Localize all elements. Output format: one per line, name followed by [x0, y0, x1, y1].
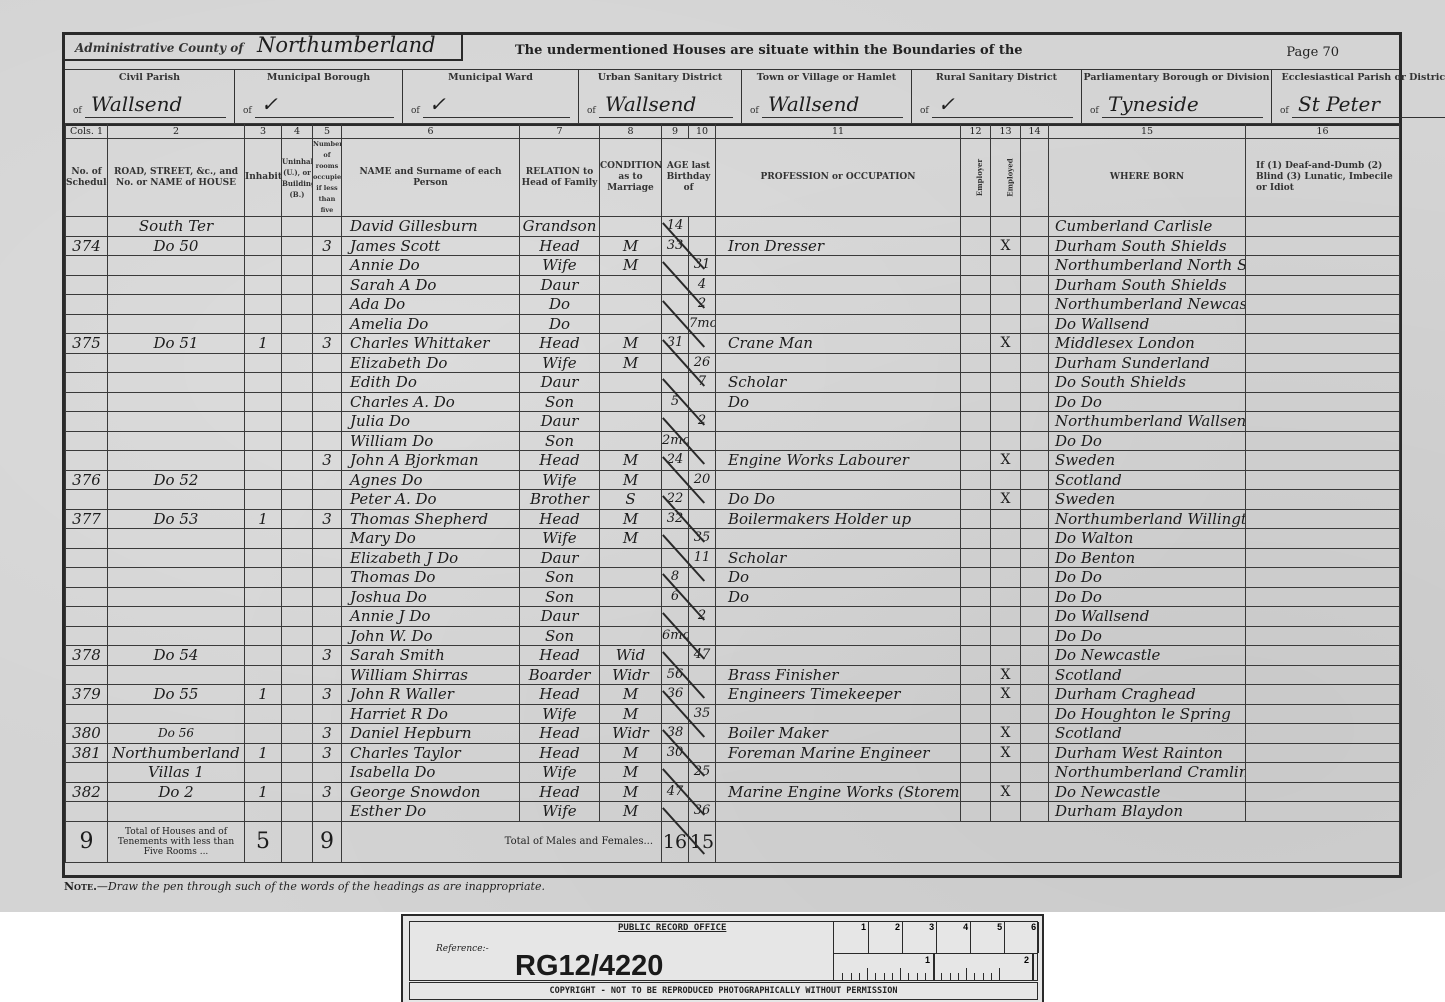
infirmity [1246, 607, 1400, 627]
person-name: Thomas Shepherd [342, 509, 520, 529]
employed-mark [991, 314, 1021, 334]
census-row: 3John A BjorkmanHeadM24Engine Works Labo… [66, 451, 1400, 471]
schedule-number: 376 [66, 470, 108, 490]
neither-mark [1021, 626, 1049, 646]
marital-condition [600, 295, 662, 315]
occupation [716, 295, 961, 315]
infirmity [1246, 353, 1400, 373]
rooms-count [313, 392, 342, 412]
occupation [716, 607, 961, 627]
employer-mark [961, 470, 991, 490]
census-row: Annie DoWifeM31Northumberland North Shie… [66, 256, 1400, 276]
heading-employer: Employer [961, 139, 991, 217]
census-row: Julia DoDaur2Northumberland Wallsend [66, 412, 1400, 432]
neither-mark [1021, 587, 1049, 607]
uninhabited [282, 470, 313, 490]
rooms-count [313, 275, 342, 295]
neither-mark [1021, 782, 1049, 802]
person-name: Annie Do [342, 256, 520, 276]
rooms-count [313, 373, 342, 393]
employer-mark [961, 256, 991, 276]
employed-mark [991, 373, 1021, 393]
age-female: 4 [689, 275, 716, 295]
relation: Wife [520, 256, 600, 276]
district-field: Town or Village or HamletofWallsend [742, 69, 912, 123]
census-table: Cols. 12345678910111213141516 No. of Sch… [65, 123, 1400, 863]
house-address [108, 373, 245, 393]
rooms-count [313, 548, 342, 568]
employer-mark [961, 548, 991, 568]
marital-condition: M [600, 743, 662, 763]
house-address: Do 52 [108, 470, 245, 490]
employer-mark [961, 587, 991, 607]
employed-mark: X [991, 334, 1021, 354]
ruler-tick [842, 973, 843, 980]
occupation: Engineers Timekeeper [716, 685, 961, 705]
schedule-number [66, 314, 108, 334]
person-name: Esther Do [342, 802, 520, 822]
rooms-count: 3 [313, 724, 342, 744]
schedule-number [66, 607, 108, 627]
employer-mark [961, 743, 991, 763]
inhabited-count [245, 665, 282, 685]
uninhabited [282, 373, 313, 393]
inhabited-count: 1 [245, 743, 282, 763]
occupation [716, 802, 961, 822]
infirmity [1246, 782, 1400, 802]
total-houses-label: Total of Houses and of Tenements with le… [108, 821, 245, 862]
person-name: Joshua Do [342, 587, 520, 607]
inhabited-count [245, 236, 282, 256]
house-address: Do 55 [108, 685, 245, 705]
marital-condition [600, 412, 662, 432]
employer-mark [961, 490, 991, 510]
neither-mark [1021, 451, 1049, 471]
page-number: Page 70 [1286, 45, 1339, 60]
schedule-number: 381 [66, 743, 108, 763]
infirmity [1246, 334, 1400, 354]
column-number: 2 [108, 124, 245, 139]
uninhabited [282, 802, 313, 822]
marital-condition [600, 314, 662, 334]
occupation: Iron Dresser [716, 236, 961, 256]
occupation [716, 275, 961, 295]
birthplace: Scotland [1049, 665, 1246, 685]
total-inhabited: 5 [245, 821, 282, 862]
rooms-count [313, 802, 342, 822]
census-row: Joshua DoSon6DoDo Do [66, 587, 1400, 607]
uninhabited [282, 704, 313, 724]
inhabited-count [245, 217, 282, 237]
inhabited-count [245, 802, 282, 822]
rooms-count [313, 217, 342, 237]
house-address [108, 392, 245, 412]
person-name: Amelia Do [342, 314, 520, 334]
marital-condition: M [600, 256, 662, 276]
birthplace: Do Do [1049, 587, 1246, 607]
marital-condition: M [600, 470, 662, 490]
birthplace: Scotland [1049, 724, 1246, 744]
occupation: Boiler Maker [716, 724, 961, 744]
house-address [108, 626, 245, 646]
census-row: Villas 1Isabella DoWifeM25Northumberland… [66, 763, 1400, 783]
rooms-count [313, 607, 342, 627]
uninhabited [282, 568, 313, 588]
district-label: Municipal Borough [235, 72, 402, 83]
person-name: Thomas Do [342, 568, 520, 588]
house-address: Do 2 [108, 782, 245, 802]
ruler-cm-label: 5 [997, 922, 1002, 932]
of-label: of [920, 106, 929, 116]
house-address [108, 314, 245, 334]
occupation: Marine Engine Works (Storeman) [716, 782, 961, 802]
relation: Head [520, 451, 600, 471]
inhabited-count [245, 568, 282, 588]
employed-mark: X [991, 743, 1021, 763]
employed-mark [991, 217, 1021, 237]
ruler-tick [999, 968, 1000, 980]
district-value: Tyneside [1102, 91, 1263, 118]
employer-mark [961, 704, 991, 724]
birthplace: Northumberland North Shields [1049, 256, 1246, 276]
house-address [108, 451, 245, 471]
infirmity [1246, 568, 1400, 588]
house-address [108, 295, 245, 315]
rooms-count [313, 470, 342, 490]
total-uninhabited [282, 821, 313, 862]
inhabited-count [245, 256, 282, 276]
neither-mark [1021, 295, 1049, 315]
employed-mark [991, 470, 1021, 490]
relation: Do [520, 295, 600, 315]
neither-mark [1021, 509, 1049, 529]
ruler-tick [991, 973, 992, 980]
rooms-count [313, 295, 342, 315]
ruler-cm-cell: 3 [902, 922, 937, 953]
neither-mark [1021, 412, 1049, 432]
relation: Do [520, 314, 600, 334]
ruler-cm-label: 6 [1031, 922, 1036, 932]
person-name: Daniel Hepburn [342, 724, 520, 744]
inhabited-count [245, 763, 282, 783]
schedule-number [66, 256, 108, 276]
occupation [716, 431, 961, 451]
ruler-cm-label: 1 [861, 922, 866, 932]
census-row: 376Do 52Agnes DoWifeM20Scotland [66, 470, 1400, 490]
uninhabited [282, 724, 313, 744]
birthplace: Middlesex London [1049, 334, 1246, 354]
employed-mark [991, 763, 1021, 783]
inhabited-count [245, 392, 282, 412]
uninhabited [282, 412, 313, 432]
census-row: Edith DoDaur7ScholarDo South Shields [66, 373, 1400, 393]
district-label: Civil Parish [65, 72, 234, 83]
marital-condition [600, 431, 662, 451]
relation: Head [520, 724, 600, 744]
person-name: Harriet R Do [342, 704, 520, 724]
schedule-number [66, 353, 108, 373]
heading-where-born: WHERE BORN [1049, 139, 1246, 217]
infirmity [1246, 256, 1400, 276]
schedule-number [66, 568, 108, 588]
relation: Son [520, 626, 600, 646]
ruler-tick [908, 973, 909, 980]
age-female [689, 587, 716, 607]
house-address: Do 51 [108, 334, 245, 354]
census-row: 381Northumberland13Charles TaylorHeadM30… [66, 743, 1400, 763]
census-row: Mary DoWifeM35Do Walton [66, 529, 1400, 549]
column-heading-row: No. of Schedule ROAD, STREET, &c., and N… [66, 139, 1400, 217]
infirmity [1246, 743, 1400, 763]
birthplace: Northumberland Cramlington [1049, 763, 1246, 783]
infirmity [1246, 665, 1400, 685]
infirmity [1246, 724, 1400, 744]
relation: Boarder [520, 665, 600, 685]
uninhabited [282, 295, 313, 315]
rooms-count [313, 587, 342, 607]
copyright-notice: COPYRIGHT - NOT TO BE REPRODUCED PHOTOGR… [409, 982, 1038, 1000]
census-row: 379Do 5513John R WallerHeadM36Engineers … [66, 685, 1400, 705]
census-row: Esther DoWifeM36Durham Blaydon [66, 802, 1400, 822]
inhabited-count [245, 412, 282, 432]
ruler-tick [900, 968, 901, 980]
uninhabited [282, 353, 313, 373]
infirmity [1246, 217, 1400, 237]
ruler-tick [867, 968, 868, 980]
employer-mark [961, 763, 991, 783]
rooms-count [313, 568, 342, 588]
birthplace: Durham West Rainton [1049, 743, 1246, 763]
ruler-tick [875, 973, 876, 980]
census-row: Harriet R DoWifeM35Do Houghton le Spring [66, 704, 1400, 724]
employer-mark [961, 217, 991, 237]
marital-condition: M [600, 529, 662, 549]
schedule-number: 374 [66, 236, 108, 256]
age-female: 20 [689, 470, 716, 490]
column-number: 8 [600, 124, 662, 139]
employer-mark [961, 509, 991, 529]
house-address: Do 53 [108, 509, 245, 529]
column-number: 15 [1049, 124, 1246, 139]
house-address: Do 50 [108, 236, 245, 256]
marital-condition [600, 607, 662, 627]
census-row: John W. DoSon6moDo Do [66, 626, 1400, 646]
schedule-number [66, 802, 108, 822]
column-number: 10 [689, 124, 716, 139]
infirmity [1246, 314, 1400, 334]
relation: Grandson [520, 217, 600, 237]
occupation [716, 412, 961, 432]
inhabited-count [245, 470, 282, 490]
inhabited-count [245, 353, 282, 373]
infirmity [1246, 295, 1400, 315]
schedule-number [66, 295, 108, 315]
census-row: 377Do 5313Thomas ShepherdHeadM32Boilerma… [66, 509, 1400, 529]
marital-condition [600, 626, 662, 646]
infirmity [1246, 626, 1400, 646]
schedule-number: 380 [66, 724, 108, 744]
age-female [689, 392, 716, 412]
age-female [689, 743, 716, 763]
age-female: 26 [689, 353, 716, 373]
census-row: Ada DoDo2Northumberland Newcastle [66, 295, 1400, 315]
uninhabited [282, 217, 313, 237]
person-name: Charles Whittaker [342, 334, 520, 354]
rooms-count [313, 529, 342, 549]
census-row: Thomas DoSon8DoDo Do [66, 568, 1400, 588]
employer-mark [961, 353, 991, 373]
person-name: Peter A. Do [342, 490, 520, 510]
neither-mark [1021, 490, 1049, 510]
ruler-inch-label: 2 [1024, 955, 1029, 965]
age-female: 35 [689, 704, 716, 724]
employer-mark [961, 373, 991, 393]
infirmity [1246, 275, 1400, 295]
ruler-tick [851, 973, 852, 980]
relation: Head [520, 685, 600, 705]
infirmity [1246, 646, 1400, 666]
rooms-count [313, 256, 342, 276]
county-value: Northumberland [257, 33, 436, 57]
inhabited-count [245, 529, 282, 549]
uninhabited [282, 431, 313, 451]
house-address: Do 56 [108, 724, 245, 744]
employed-mark [991, 412, 1021, 432]
person-name: Sarah A Do [342, 275, 520, 295]
schedule-number [66, 392, 108, 412]
employer-mark [961, 626, 991, 646]
schedule-number: 377 [66, 509, 108, 529]
employed-mark [991, 568, 1021, 588]
neither-mark [1021, 392, 1049, 412]
district-value: ✓ [423, 91, 570, 118]
infirmity [1246, 451, 1400, 471]
ruler-tick [884, 973, 885, 980]
relation: Head [520, 782, 600, 802]
heading-employed: Employed [991, 139, 1021, 217]
census-row: 380Do 563Daniel HepburnHeadWidr38Boiler … [66, 724, 1400, 744]
schedule-number: 378 [66, 646, 108, 666]
column-number: 4 [282, 124, 313, 139]
total-rooms: 9 [313, 821, 342, 862]
person-name: Charles Taylor [342, 743, 520, 763]
heading-relation: RELATION to Head of Family [520, 139, 600, 217]
column-number: 9 [662, 124, 689, 139]
district-field: Civil ParishofWallsend [65, 69, 235, 123]
house-address [108, 802, 245, 822]
employed-mark [991, 548, 1021, 568]
rooms-count [313, 490, 342, 510]
of-label: of [243, 106, 252, 116]
heading-infirmity: If (1) Deaf-and-Dumb (2) Blind (3) Lunat… [1246, 139, 1400, 217]
of-label: of [73, 106, 82, 116]
rooms-count: 3 [313, 334, 342, 354]
house-address [108, 529, 245, 549]
inhabited-count [245, 646, 282, 666]
birthplace: Durham Blaydon [1049, 802, 1246, 822]
birthplace: Do Houghton le Spring [1049, 704, 1246, 724]
column-number: Cols. 1 [66, 124, 108, 139]
reference-label: Reference:- [436, 944, 489, 954]
heading-rooms: Number of rooms occupied if less than fi… [313, 139, 342, 217]
employer-mark [961, 412, 991, 432]
birthplace: Scotland [1049, 470, 1246, 490]
marital-condition: S [600, 490, 662, 510]
employer-mark [961, 314, 991, 334]
occupation: Brass Finisher [716, 665, 961, 685]
relation: Wife [520, 353, 600, 373]
infirmity [1246, 490, 1400, 510]
employed-mark: X [991, 724, 1021, 744]
birthplace: Northumberland Willington [1049, 509, 1246, 529]
infirmity [1246, 373, 1400, 393]
county-label: Administrative County of [75, 41, 243, 55]
census-row: William ShirrasBoarderWidr56Brass Finish… [66, 665, 1400, 685]
person-name: John A Bjorkman [342, 451, 520, 471]
district-value: Wallsend [762, 91, 903, 118]
relation: Son [520, 392, 600, 412]
relation: Head [520, 743, 600, 763]
employed-mark: X [991, 236, 1021, 256]
infirmity [1246, 587, 1400, 607]
marital-condition [600, 275, 662, 295]
occupation [716, 217, 961, 237]
person-name: William Do [342, 431, 520, 451]
employer-mark [961, 275, 991, 295]
occupation: Scholar [716, 548, 961, 568]
census-form: Administrative County of Northumberland … [62, 32, 1402, 878]
infirmity [1246, 412, 1400, 432]
birthplace: Northumberland Wallsend [1049, 412, 1246, 432]
age-female [689, 782, 716, 802]
occupation: Do [716, 568, 961, 588]
rooms-count [313, 431, 342, 451]
employed-mark [991, 607, 1021, 627]
employed-mark [991, 626, 1021, 646]
inhabited-count: 1 [245, 509, 282, 529]
house-address [108, 704, 245, 724]
uninhabited [282, 236, 313, 256]
relation: Daur [520, 548, 600, 568]
schedule-number [66, 275, 108, 295]
district-value: ✓ [932, 91, 1073, 118]
ruler-major-tick [933, 954, 935, 980]
infirmity [1246, 529, 1400, 549]
uninhabited [282, 626, 313, 646]
employed-mark [991, 353, 1021, 373]
occupation: Crane Man [716, 334, 961, 354]
inhabited-count: 1 [245, 334, 282, 354]
column-number: 14 [1021, 124, 1049, 139]
inhabited-count [245, 431, 282, 451]
schedule-number [66, 626, 108, 646]
census-row: 382Do 213George SnowdonHeadM47Marine Eng… [66, 782, 1400, 802]
employed-mark: X [991, 665, 1021, 685]
inhabited-count [245, 626, 282, 646]
employer-mark [961, 724, 991, 744]
marital-condition: M [600, 236, 662, 256]
house-address [108, 548, 245, 568]
heading-neither: Neither Employer nor Employed [1021, 139, 1049, 217]
district-field: Urban Sanitary DistrictofWallsend [579, 69, 742, 123]
district-field: Municipal Boroughof✓ [235, 69, 403, 123]
neither-mark [1021, 743, 1049, 763]
total-persons-label: Total of Males and Females... [342, 821, 662, 862]
marital-condition [600, 568, 662, 588]
column-number: 16 [1246, 124, 1400, 139]
ruler-cm-label: 3 [929, 922, 934, 932]
heading-condition: CONDITION as to Marriage [600, 139, 662, 217]
